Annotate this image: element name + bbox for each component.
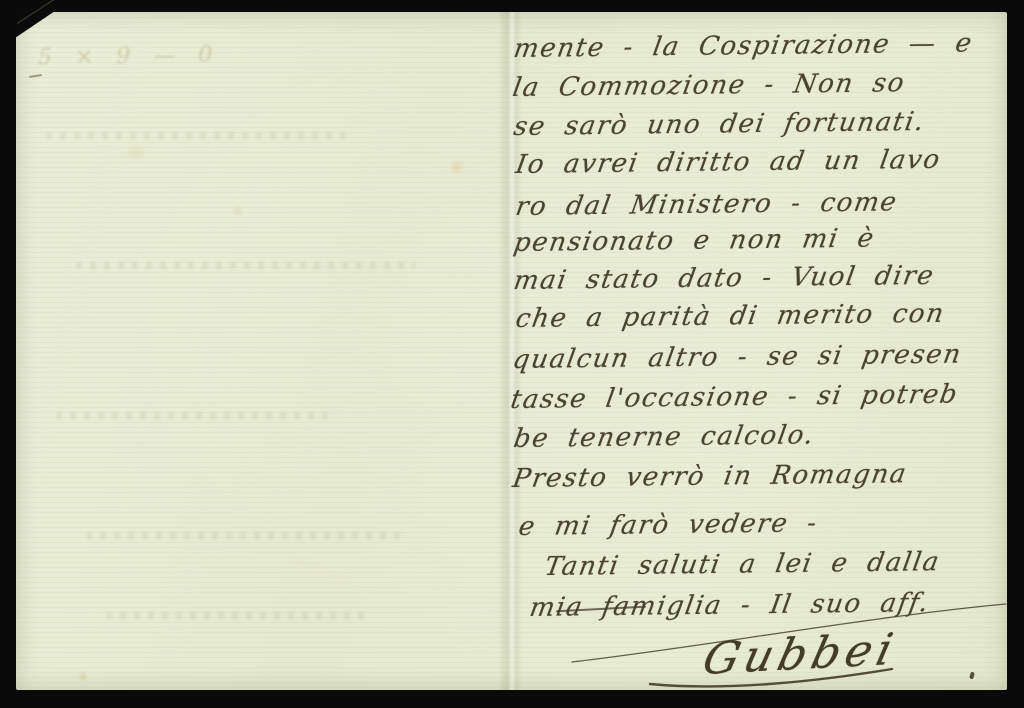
handwriting-line: be tenerne calcolo. — [512, 420, 817, 454]
handwriting-line: pensionato e non mi è — [512, 224, 878, 258]
handwriting-line: ro dal Ministero - come — [514, 187, 900, 222]
showthrough-mark — [56, 412, 336, 419]
handwriting-line: Presto verrò in Romagna — [511, 459, 910, 494]
foxing-stain — [123, 143, 149, 163]
foxing-stain — [77, 672, 89, 682]
handwriting-line: mai stato dato - Vuol dire — [512, 261, 937, 296]
handwriting-line: e mi farò vedere - — [517, 508, 821, 542]
showthrough-mark — [106, 612, 366, 619]
showthrough-mark — [86, 532, 406, 539]
handwriting-line: tasse l'occasione - si potreb — [509, 380, 961, 415]
pencil-mark: 5 × 9 — 0 — [38, 42, 221, 70]
handwriting-line: qualcun altro - se si presen — [511, 340, 965, 375]
letter-scan-paper: 5 × 9 — 0 mente - la Cospirazione — e la… — [16, 12, 1007, 690]
handwriting-line: mente - la Cospirazione — e — [512, 28, 976, 64]
foxing-stain — [230, 205, 246, 217]
handwriting-line: se sarò uno dei fortunati. — [512, 107, 928, 142]
handwriting-line: Io avrei diritto ad un lavo — [514, 145, 944, 180]
showthrough-mark — [46, 132, 346, 139]
handwriting-line: la Commozione - Non so — [511, 68, 908, 103]
signature: Gubbei — [698, 624, 902, 685]
scanner-background: { "scan": { "background_color": "#0a0a0a… — [0, 0, 1024, 708]
handwriting-line: che a parità di merito con — [514, 299, 948, 334]
showthrough-mark — [76, 262, 416, 269]
handwriting-line: Tanti saluti a lei e dalla — [543, 547, 943, 582]
foxing-stain — [448, 160, 466, 175]
